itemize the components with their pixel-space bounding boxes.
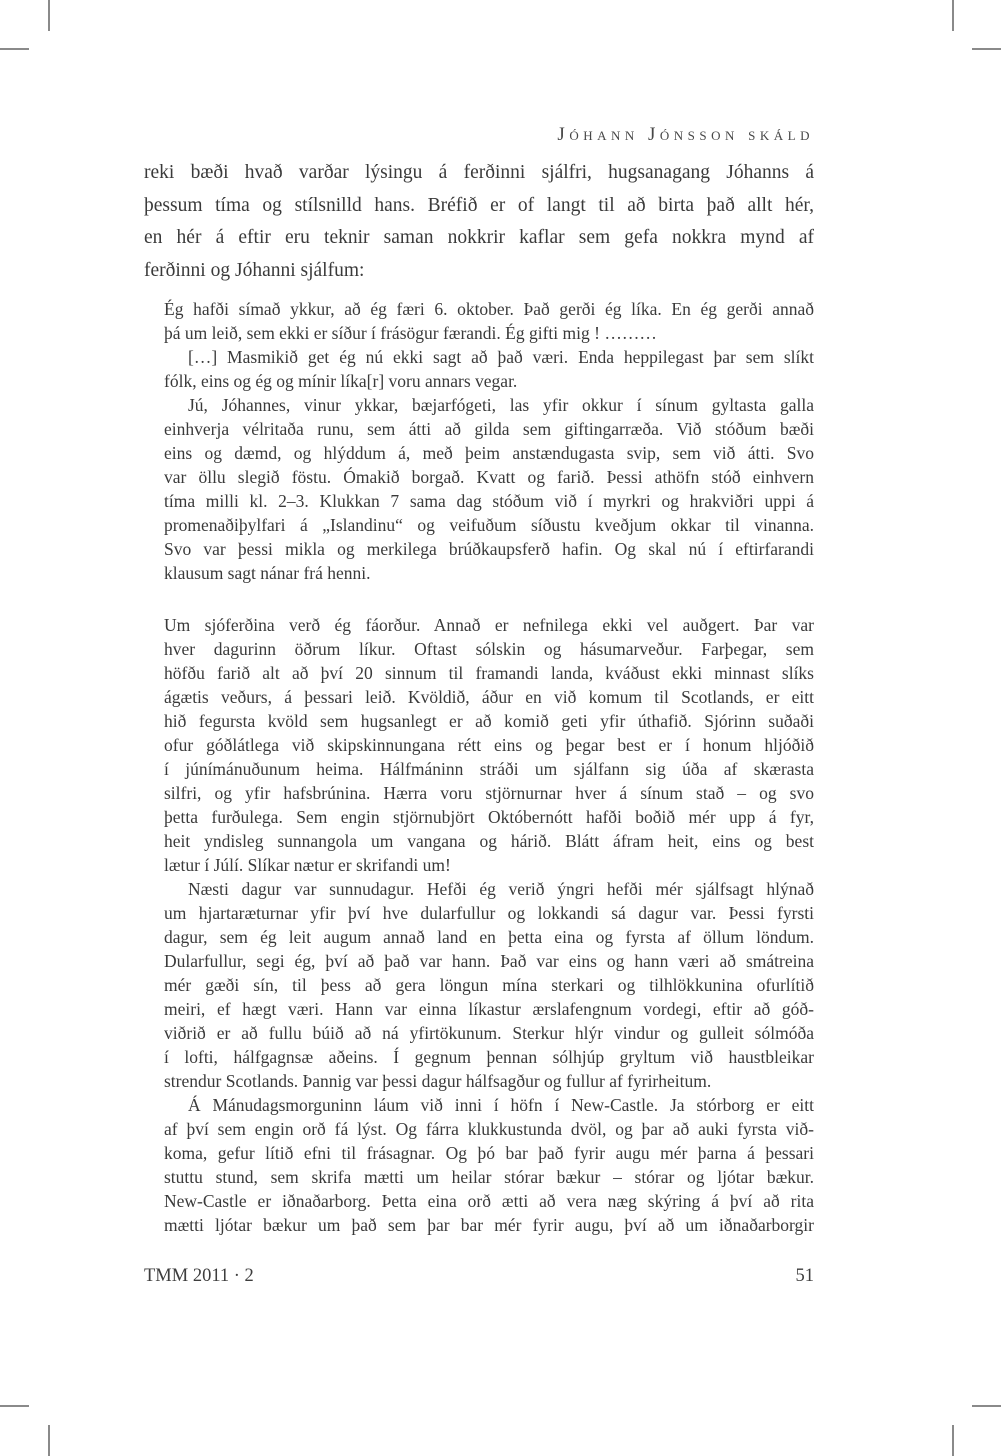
page-header: Jóhann Jónsson skáld bbox=[144, 124, 814, 146]
text-line: mér gæði sín, til þess að gera löngun mí… bbox=[164, 973, 814, 997]
text-line: Svo var þessi mikla og merkilega brúðkau… bbox=[164, 537, 814, 561]
text-line: í lofti, hálfgagnsæ aðeins. Í gegnum þen… bbox=[164, 1045, 814, 1069]
letter-excerpt-1: Ég hafði símað ykkur, að ég færi 6. okto… bbox=[164, 297, 814, 585]
crop-mark-top-right-vertical bbox=[952, 0, 954, 31]
intro-paragraph: reki bæði hvað varðar lýsingu á ferðinni… bbox=[144, 157, 814, 287]
text-line: silfri, og yfir hafsbrúnina. Hærra voru … bbox=[164, 781, 814, 805]
text-line: þessum tíma og stílsnilld hans. Bréfið e… bbox=[144, 190, 814, 223]
text-line: reki bæði hvað varðar lýsingu á ferðinni… bbox=[144, 157, 814, 190]
letter-excerpt-2: Um sjóferðina verð ég fáorður. Annað er … bbox=[164, 613, 814, 1237]
text-line: um hjartaræturnar yfir því hve dularfull… bbox=[164, 901, 814, 925]
crop-mark-top-left-vertical bbox=[48, 0, 50, 31]
text-line: Dularfullur, segi ég, því að það var han… bbox=[164, 949, 814, 973]
text-line: ágætis veðurs, á þessari leið. Kvöldið, … bbox=[164, 685, 814, 709]
crop-mark-top-right-horizontal bbox=[972, 48, 1001, 50]
text-line: mætti ljótar bækur um það sem þar bar mé… bbox=[164, 1213, 814, 1237]
text-line: viðrið er að fullu búið að ná yfirtökunu… bbox=[164, 1021, 814, 1045]
running-title: Jóhann Jónsson skáld bbox=[557, 124, 814, 145]
text-line: var öllu slegið föstu. Ómakið borgað. Kv… bbox=[164, 465, 814, 489]
text-line: ferðinni og Jóhanni sjálfum: bbox=[144, 255, 814, 288]
magazine-page: Jóhann Jónsson skáld reki bæði hvað varð… bbox=[0, 0, 1001, 1456]
crop-mark-bottom-left-horizontal bbox=[0, 1405, 29, 1407]
text-line: stuttu stund, sem skrifa mætti um heilar… bbox=[164, 1165, 814, 1189]
text-line: lætur í Júlí. Slíkar nætur er skrifandi … bbox=[164, 853, 814, 877]
text-line: meiri, ef hægt væri. Hann var einna líka… bbox=[164, 997, 814, 1021]
text-line: koma, gefur lítið efni til frásagnar. Og… bbox=[164, 1141, 814, 1165]
text-line: Ég hafði símað ykkur, að ég færi 6. okto… bbox=[164, 297, 814, 321]
text-line: Á Mánudagsmorguninn láum við inni í höfn… bbox=[164, 1093, 814, 1117]
text-line: New-Castle er iðnaðarborg. Þetta eina or… bbox=[164, 1189, 814, 1213]
text-line: ofur góðlátlega við skipskinnungana rétt… bbox=[164, 733, 814, 757]
text-line: hið fegursta kvöld sem hugsanlegt er að … bbox=[164, 709, 814, 733]
text-line: einhverja vélritaða runu, sem átti að gi… bbox=[164, 417, 814, 441]
text-line: promenaðiþylfari á „Islandinu“ og veifuð… bbox=[164, 513, 814, 537]
text-line: dagur, sem ég leit augum annað land en þ… bbox=[164, 925, 814, 949]
text-line: Næsti dagur var sunnudagur. Hefði ég ver… bbox=[164, 877, 814, 901]
text-line: þetta furðulega. Sem engin stjörnubjört … bbox=[164, 805, 814, 829]
text-line: heit yndisleg sunnangola um vangana og h… bbox=[164, 829, 814, 853]
text-line: Jú, Jóhannes, vinur ykkar, bæjarfógeti, … bbox=[164, 393, 814, 417]
page-number: 51 bbox=[796, 1266, 815, 1287]
text-line: strendur Scotlands. Þannig var þessi dag… bbox=[164, 1069, 814, 1093]
text-line: klausum sagt nánar frá henni. bbox=[164, 561, 814, 585]
text-line: en hér á eftir eru teknir saman nokkrir … bbox=[144, 222, 814, 255]
crop-mark-bottom-left-vertical bbox=[48, 1425, 50, 1456]
text-line: höfðu farið alt að því 20 sinnum til fra… bbox=[164, 661, 814, 685]
text-line: fólk, eins og ég og mínir líka[r] voru a… bbox=[164, 369, 814, 393]
journal-issue: TMM 2011 · 2 bbox=[144, 1266, 254, 1287]
text-line: þá um leið, sem ekki er síður í frásögur… bbox=[164, 321, 814, 345]
crop-mark-bottom-right-vertical bbox=[952, 1425, 954, 1456]
crop-mark-top-left-horizontal bbox=[0, 48, 29, 50]
text-line: eins og dæmd, og hlýddum á, með þeim ans… bbox=[164, 441, 814, 465]
page-footer: TMM 2011 · 2 51 bbox=[144, 1266, 814, 1287]
text-line: hver dagurinn öðrum líkur. Oftast sólski… bbox=[164, 637, 814, 661]
crop-mark-bottom-right-horizontal bbox=[972, 1405, 1001, 1407]
text-line: Um sjóferðina verð ég fáorður. Annað er … bbox=[164, 613, 814, 637]
text-line: af því sem engin orð fá lýst. Og fárra k… bbox=[164, 1117, 814, 1141]
text-line: […] Masmikið get ég nú ekki sagt að það … bbox=[164, 345, 814, 369]
text-line: í júnímánuðunum heima. Hálfmáninn stráði… bbox=[164, 757, 814, 781]
text-line: tíma milli kl. 2–3. Klukkan 7 sama dag s… bbox=[164, 489, 814, 513]
